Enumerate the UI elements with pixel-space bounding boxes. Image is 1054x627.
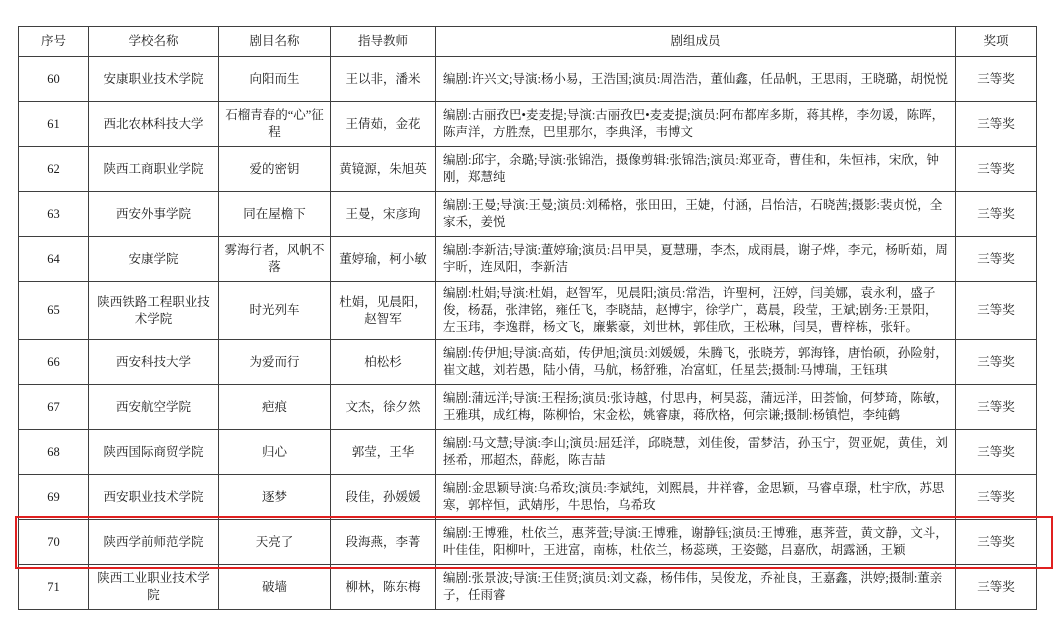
cell-crew: 编剧:王博雅，杜依兰，惠荠萱;导演:王博雅，谢静钰;演员:王博雅，惠荠萱，黄文静… [436,520,956,565]
cell-no: 67 [19,385,89,430]
cell-school: 陕西国际商贸学院 [89,430,219,475]
cell-crew: 编剧:李新洁;导演:董婷瑜;演员:吕甲昊，夏慧珊，李杰，成雨晨，谢子烨，李元，杨… [436,237,956,282]
cell-teachers: 文杰，徐夕然 [331,385,436,430]
award-table: 序号 学校名称 剧目名称 指导教师 剧组成员 奖项 60安康职业技术学院向阳而生… [18,26,1037,610]
table-body: 60安康职业技术学院向阳而生王以非，潘米编剧:许兴文;导演:杨小易，王浩国;演员… [19,57,1037,610]
cell-play: 同在屋檐下 [219,192,331,237]
cell-crew: 编剧:传伊旭;导演:高茹，传伊旭;演员:刘媛媛，朱腾飞，张晓芳，郭海锋，唐怡硕，… [436,340,956,385]
cell-award: 三等奖 [956,102,1037,147]
header-no: 序号 [19,27,89,57]
table-wrap: 序号 学校名称 剧目名称 指导教师 剧组成员 奖项 60安康职业技术学院向阳而生… [18,26,1036,610]
cell-crew: 编剧:金思颖导演:乌希玫;演员:李斌纯，刘熙晨，井祥睿，金思颖，马睿卓璟，杜宇欣… [436,475,956,520]
cell-crew: 编剧:邱宇，余璐;导演:张锦浩，摄像剪辑:张锦浩;演员:郑亚奇，曹佳和，朱恒祎，… [436,147,956,192]
cell-no: 65 [19,282,89,340]
table-row: 66西安科技大学为爱而行柏松杉编剧:传伊旭;导演:高茹，传伊旭;演员:刘媛媛，朱… [19,340,1037,385]
header-crew: 剧组成员 [436,27,956,57]
cell-play: 破墙 [219,565,331,610]
cell-award: 三等奖 [956,520,1037,565]
cell-teachers: 郭莹，王华 [331,430,436,475]
cell-no: 71 [19,565,89,610]
cell-school: 西北农林科技大学 [89,102,219,147]
cell-play: 向阳而生 [219,57,331,102]
table-row: 70陕西学前师范学院天亮了段海燕，李菁编剧:王博雅，杜依兰，惠荠萱;导演:王博雅… [19,520,1037,565]
header-row: 序号 学校名称 剧目名称 指导教师 剧组成员 奖项 [19,27,1037,57]
cell-crew: 编剧:马文慧;导演:李山;演员:屈廷洋，邱晓慧，刘佳俊，雷梦洁，孙玉宁，贺亚妮，… [436,430,956,475]
cell-award: 三等奖 [956,57,1037,102]
cell-teachers: 董婷瑜，柯小敏 [331,237,436,282]
cell-award: 三等奖 [956,475,1037,520]
cell-school: 陕西工商职业学院 [89,147,219,192]
table-row: 65陕西铁路工程职业技术学院时光列车杜娟，见晨阳，赵智军编剧:杜娟;导演:杜娟，… [19,282,1037,340]
cell-school: 陕西铁路工程职业技术学院 [89,282,219,340]
cell-crew: 编剧:杜娟;导演:杜娟，赵智军，见晨阳;演员:常浩，许聖柯，汪婷，闫美娜，袁永利… [436,282,956,340]
cell-teachers: 黄镜源，朱旭英 [331,147,436,192]
cell-teachers: 王以非，潘米 [331,57,436,102]
header-play: 剧目名称 [219,27,331,57]
cell-no: 61 [19,102,89,147]
cell-play: 归心 [219,430,331,475]
cell-no: 63 [19,192,89,237]
table-row: 71陕西工业职业技术学院破墙柳林，陈东梅编剧:张景波;导演:王佳贤;演员:刘文淼… [19,565,1037,610]
cell-crew: 编剧:许兴文;导演:杨小易，王浩国;演员:周浩浩，董仙鑫，任品帆，王思雨，王晓璐… [436,57,956,102]
cell-school: 陕西工业职业技术学院 [89,565,219,610]
cell-no: 68 [19,430,89,475]
cell-play: 天亮了 [219,520,331,565]
cell-teachers: 段佳，孙媛媛 [331,475,436,520]
table-row: 69西安职业技术学院逐梦段佳，孙媛媛编剧:金思颖导演:乌希玫;演员:李斌纯，刘熙… [19,475,1037,520]
header-teachers: 指导教师 [331,27,436,57]
cell-teachers: 柳林，陈东梅 [331,565,436,610]
cell-no: 69 [19,475,89,520]
cell-award: 三等奖 [956,385,1037,430]
table-row: 61西北农林科技大学石榴青春的“心”征程王倩茹，金花编剧:古丽孜巴•麦麦提;导演… [19,102,1037,147]
cell-play: 为爱而行 [219,340,331,385]
cell-school: 西安科技大学 [89,340,219,385]
cell-teachers: 段海燕，李菁 [331,520,436,565]
header-school: 学校名称 [89,27,219,57]
cell-no: 62 [19,147,89,192]
cell-award: 三等奖 [956,340,1037,385]
cell-play: 爱的密钥 [219,147,331,192]
table-row: 64安康学院雾海行者，风帆不落董婷瑜，柯小敏编剧:李新洁;导演:董婷瑜;演员:吕… [19,237,1037,282]
table-header: 序号 学校名称 剧目名称 指导教师 剧组成员 奖项 [19,27,1037,57]
table-row: 62陕西工商职业学院爱的密钥黄镜源，朱旭英编剧:邱宇，余璐;导演:张锦浩，摄像剪… [19,147,1037,192]
table-row: 68陕西国际商贸学院归心郭莹，王华编剧:马文慧;导演:李山;演员:屈廷洋，邱晓慧… [19,430,1037,475]
cell-award: 三等奖 [956,282,1037,340]
cell-school: 西安航空学院 [89,385,219,430]
table-row: 67西安航空学院疤痕文杰，徐夕然编剧:蒲远洋;导演:王程扬;演员:张诗越，付思冉… [19,385,1037,430]
cell-play: 逐梦 [219,475,331,520]
cell-teachers: 王曼，宋彦珣 [331,192,436,237]
cell-crew: 编剧:蒲远洋;导演:王程扬;演员:张诗越，付思冉，柯昊蕊，蒲远洋，田荟愉，何梦琦… [436,385,956,430]
cell-crew: 编剧:王曼;导演:王曼;演员:刘稀格，张田田，王婕，付涵，吕怡洁，石晓茜;摄影:… [436,192,956,237]
header-award: 奖项 [956,27,1037,57]
cell-no: 60 [19,57,89,102]
cell-award: 三等奖 [956,430,1037,475]
cell-school: 陕西学前师范学院 [89,520,219,565]
cell-no: 64 [19,237,89,282]
table-row: 63西安外事学院同在屋檐下王曼，宋彦珣编剧:王曼;导演:王曼;演员:刘稀格，张田… [19,192,1037,237]
cell-teachers: 王倩茹，金花 [331,102,436,147]
cell-teachers: 杜娟，见晨阳，赵智军 [331,282,436,340]
cell-school: 安康职业技术学院 [89,57,219,102]
cell-school: 西安职业技术学院 [89,475,219,520]
cell-award: 三等奖 [956,565,1037,610]
cell-no: 70 [19,520,89,565]
cell-play: 时光列车 [219,282,331,340]
cell-no: 66 [19,340,89,385]
cell-award: 三等奖 [956,192,1037,237]
cell-school: 安康学院 [89,237,219,282]
cell-play: 石榴青春的“心”征程 [219,102,331,147]
cell-teachers: 柏松杉 [331,340,436,385]
cell-school: 西安外事学院 [89,192,219,237]
cell-award: 三等奖 [956,237,1037,282]
cell-award: 三等奖 [956,147,1037,192]
cell-crew: 编剧:张景波;导演:王佳贤;演员:刘文淼，杨伟伟，吴俊龙，乔祉良，王嘉鑫，洪婷;… [436,565,956,610]
cell-crew: 编剧:古丽孜巴•麦麦提;导演:古丽孜巴•麦麦提;演员:阿布都库多斯，蒋其桦，李勿… [436,102,956,147]
cell-play: 雾海行者，风帆不落 [219,237,331,282]
table-row: 60安康职业技术学院向阳而生王以非，潘米编剧:许兴文;导演:杨小易，王浩国;演员… [19,57,1037,102]
cell-play: 疤痕 [219,385,331,430]
